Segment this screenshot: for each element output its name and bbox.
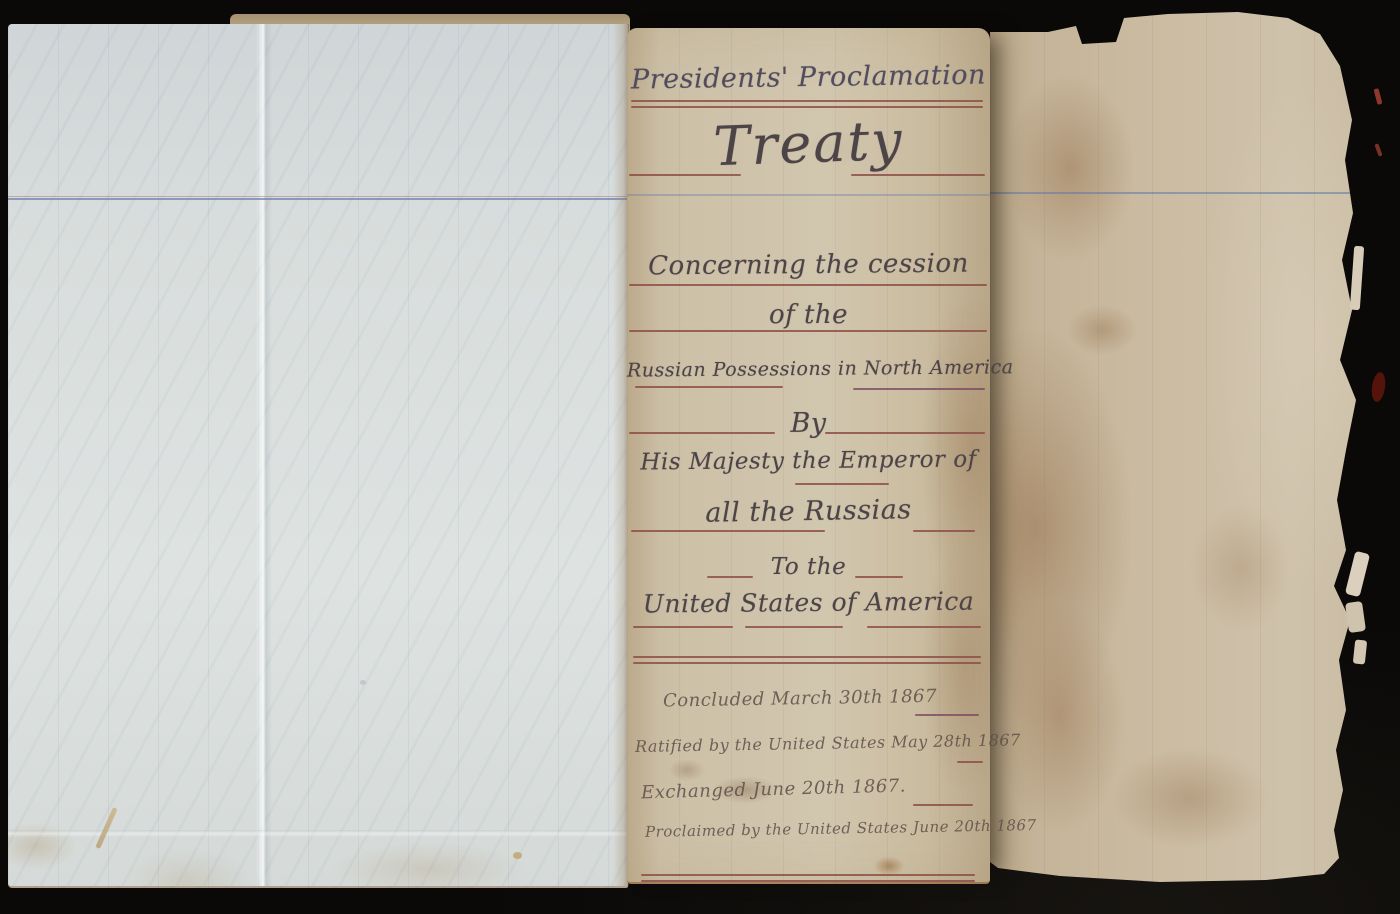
subject-line: His Majesty the Emperor of bbox=[627, 446, 990, 475]
right-stained-page bbox=[990, 8, 1390, 886]
treaty-cover-page: Presidents' Proclamation Treaty Concerni… bbox=[627, 28, 990, 884]
double-rule bbox=[633, 656, 981, 658]
double-rule bbox=[641, 874, 975, 876]
date-line: Concluded March 30th 1867 bbox=[627, 685, 990, 712]
ruled-line-blue bbox=[627, 194, 990, 196]
double-rule bbox=[633, 662, 981, 664]
red-rule bbox=[629, 284, 987, 286]
date-line: Proclaimed by the United States June 20t… bbox=[627, 817, 990, 841]
torn-paper-fragment bbox=[1350, 246, 1364, 311]
torn-paper-fragment bbox=[1353, 639, 1367, 664]
subject-line: United States of America bbox=[627, 586, 990, 618]
red-rule bbox=[707, 576, 753, 578]
red-rule bbox=[745, 626, 843, 628]
red-rule bbox=[855, 576, 903, 578]
red-rule bbox=[633, 626, 733, 628]
red-ink-mark bbox=[1374, 88, 1383, 105]
red-rule bbox=[795, 483, 889, 485]
subject-line: To the bbox=[627, 554, 990, 580]
date-line: Ratified by the United States May 28th 1… bbox=[627, 731, 990, 756]
purple-rule bbox=[853, 388, 985, 390]
torn-paper-fragment bbox=[1345, 551, 1370, 597]
ruled-line-blue bbox=[990, 192, 1374, 194]
red-rule bbox=[635, 386, 783, 388]
red-rule bbox=[629, 330, 987, 332]
subject-line: all the Russias bbox=[627, 493, 990, 530]
subject-line: By bbox=[627, 408, 990, 439]
red-ink-mark bbox=[1374, 143, 1382, 157]
purple-rule bbox=[915, 714, 979, 716]
document-title: Treaty bbox=[626, 106, 991, 182]
red-rule bbox=[631, 530, 825, 532]
document-heading: Presidents' Proclamation bbox=[627, 59, 990, 95]
left-blank-page bbox=[8, 24, 628, 888]
red-rule bbox=[851, 174, 985, 176]
red-rule bbox=[913, 530, 975, 532]
photograph: Presidents' Proclamation Treaty Concerni… bbox=[0, 0, 1400, 914]
subject-line: Russian Possessions in North America bbox=[627, 356, 990, 381]
subject-line: Concerning the cession bbox=[627, 248, 990, 281]
dark-red-stain bbox=[1370, 371, 1387, 403]
red-rule bbox=[913, 804, 973, 806]
ruled-line-blue bbox=[8, 196, 628, 200]
date-line: Exchanged June 20th 1867. bbox=[627, 773, 990, 803]
red-rule bbox=[825, 432, 985, 434]
subject-line: of the bbox=[627, 300, 990, 330]
stain-spot bbox=[513, 852, 522, 859]
torn-paper-fragment bbox=[1345, 601, 1366, 633]
red-rule bbox=[631, 100, 983, 102]
double-rule bbox=[641, 880, 975, 882]
red-rule bbox=[957, 761, 983, 763]
red-rule bbox=[629, 174, 741, 176]
ink-scratch bbox=[95, 807, 117, 849]
stain-spot bbox=[360, 680, 366, 685]
red-rule bbox=[867, 626, 981, 628]
red-rule bbox=[629, 432, 775, 434]
